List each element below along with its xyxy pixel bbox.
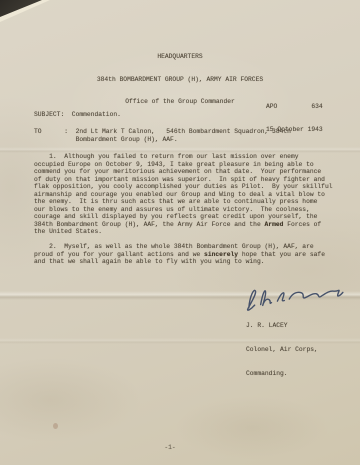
paragraph-1: 1. Although you failed to return from ou… [34, 153, 333, 236]
apo-number-line: APO 634 [266, 103, 323, 111]
signature-block: J. R. LACEY Colonel, Air Corps, Commandi… [246, 306, 318, 394]
letterhead-headquarters: HEADQUARTERS [0, 53, 360, 61]
paragraph-2: 2. Myself, as well as the whole 384th Bo… [34, 243, 325, 266]
scanned-letter: HEADQUARTERS 384th BOMBARDMENT GROUP (H)… [0, 0, 360, 465]
paragraph-2-emphasis: sincerely [204, 251, 238, 258]
signer-rank: Colonel, Air Corps, [246, 346, 318, 354]
paragraph-1-emphasis: Armed [265, 221, 284, 228]
addressee-block: TO : 2nd Lt Mark T Calnon, 546th Bombard… [34, 128, 291, 143]
signer-name: J. R. LACEY [246, 322, 318, 330]
subject-line: SUBJECT: Commendation. [34, 111, 121, 119]
signer-role: Commanding. [246, 370, 318, 378]
page-number: -1- [0, 444, 340, 452]
paragraph-1-text: 1. Although you failed to return from ou… [34, 153, 333, 228]
paper-stain [53, 423, 58, 429]
letterhead-unit: 384th BOMBARDMENT GROUP (H), ARMY AIR FO… [0, 76, 360, 84]
